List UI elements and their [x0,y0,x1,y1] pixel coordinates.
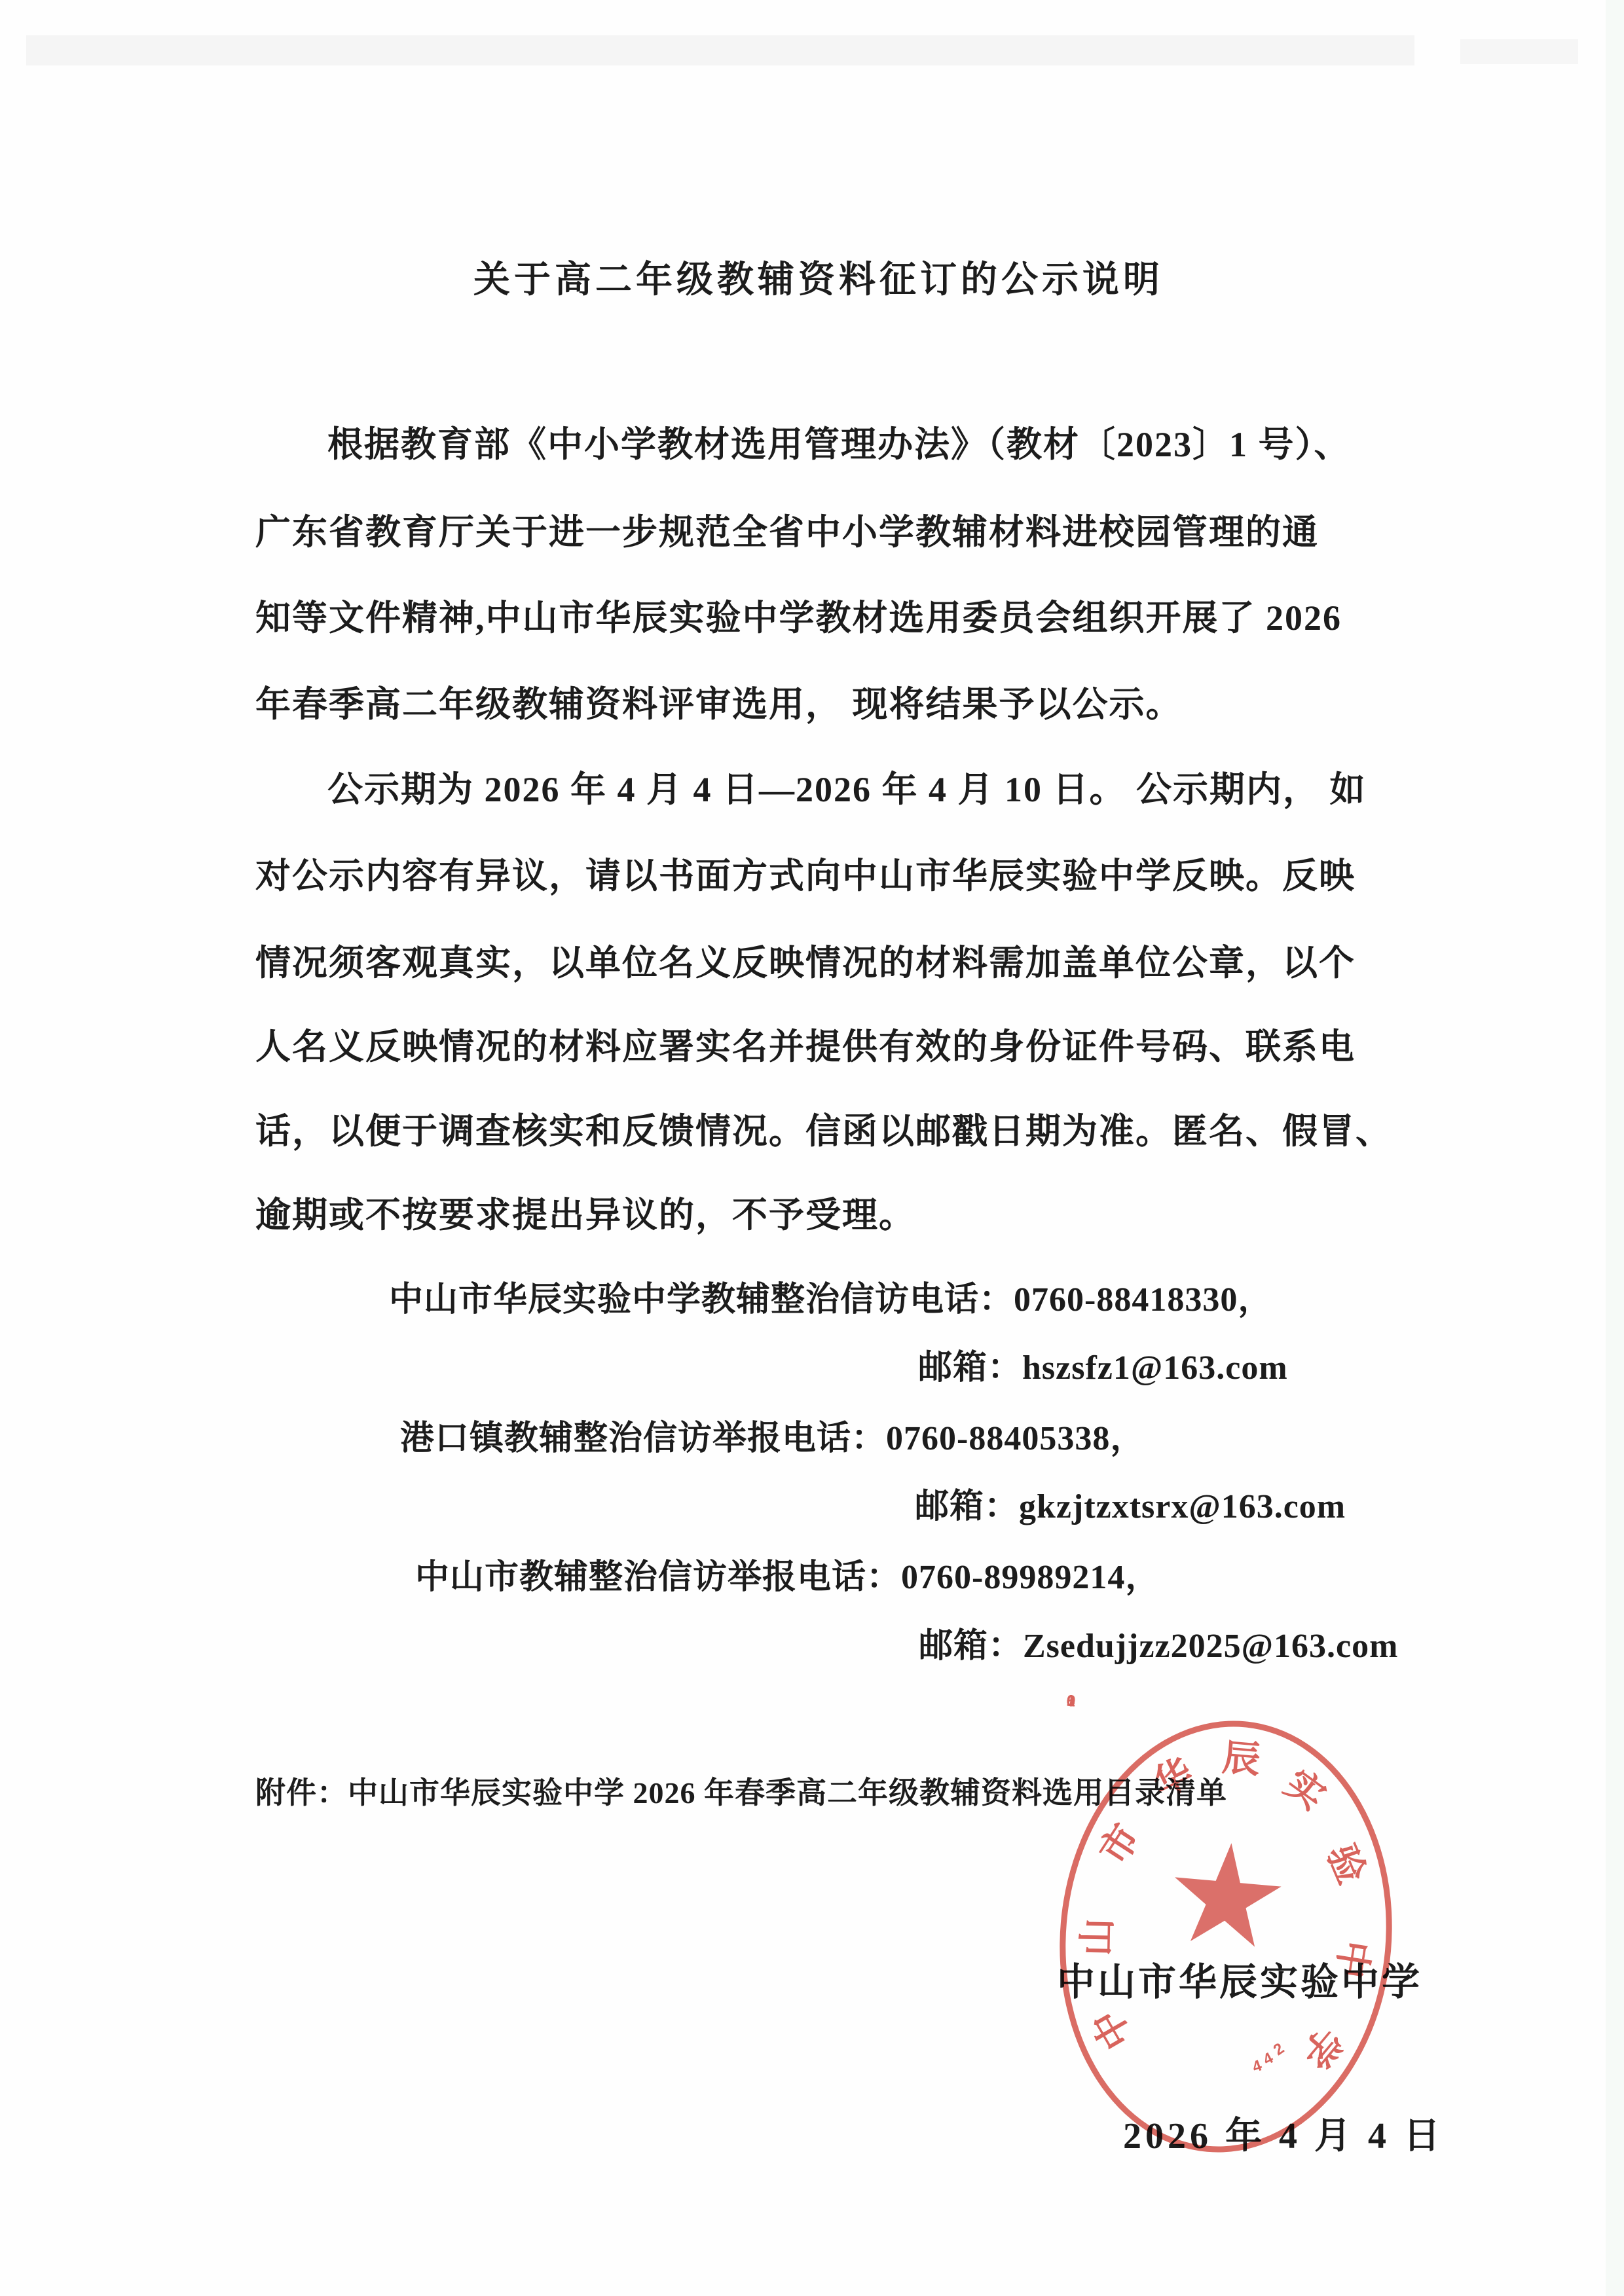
contact-email-city: 邮箱：Zsedujjzz2025@163.com [919,1618,1398,1667]
contact-email-town: 邮箱：gkzjtzxtsrx@163.com [915,1478,1346,1527]
document-page: 关于高二年级教辅资料征订的公示说明 根据教育部《中小学教材选用管理办法》（教材〔… [0,0,1624,2296]
seal-ring-char: 中 [1329,1937,1375,1982]
body-line: 广东省教育厅关于进一步规范全省中小学教辅材料进校园管理的通 [255,504,1319,555]
body-line: 知等文件精神,中山市华辰实验中学教材选用委员会组织开展了 2026 [255,590,1342,640]
scan-artifact [1460,39,1578,64]
seal-code-digit: 1 [1061,1692,1080,1711]
document-title: 关于高二年级教辅资料征订的公示说明 [255,251,1382,303]
body-line: 情况须客观真实，以单位名义反映情况的材料需加盖单位公章，以个 [255,935,1356,985]
body-line: 年春季高二年级教辅资料评审选用， 现将结果予以公示。 [255,676,1183,727]
body-line: 根据教育部《中小学教材选用管理办法》（教材〔2023〕1 号）、 [327,416,1351,467]
body-line: 人名义反映情况的材料应署实名并提供有效的身份证件号码、联系电 [255,1019,1356,1069]
contact-email-school: 邮箱：hszsfz1@163.com [918,1339,1288,1389]
scan-artifact [1606,0,1624,2296]
body-line: 对公示内容有异议，请以书面方式向中山市华辰实验中学反映。反映 [255,848,1356,898]
scan-artifact [26,35,1414,65]
body-line: 公示期为 2026 年 4 月 4 日—2026 年 4 月 10 日。 公示期… [327,761,1367,812]
seal-ring-char: 辰 [1220,1738,1263,1781]
seal-ring-char: 山 [1078,1917,1118,1957]
contact-phone-town: 港口镇教辅整治信访举报电话：0760-88405338， [400,1410,1145,1459]
body-line: 话，以便于调查核实和反馈情况。信函以邮戳日期为准。匿名、假冒、 [255,1103,1392,1154]
contact-phone-city: 中山市教辅整治信访举报电话：0760-89989214， [415,1549,1160,1598]
official-seal: 中 山 市 华 辰 实 验 中 学 4 4 2 0 0 0 0 1 6 0 0 … [1024,1692,1429,2181]
contact-phone-school: 中山市华辰实验中学教辅整治信访电话：0760-88418330， [389,1271,1272,1321]
body-line: 逾期或不按要求提出异议的，不予受理。 [255,1187,915,1237]
